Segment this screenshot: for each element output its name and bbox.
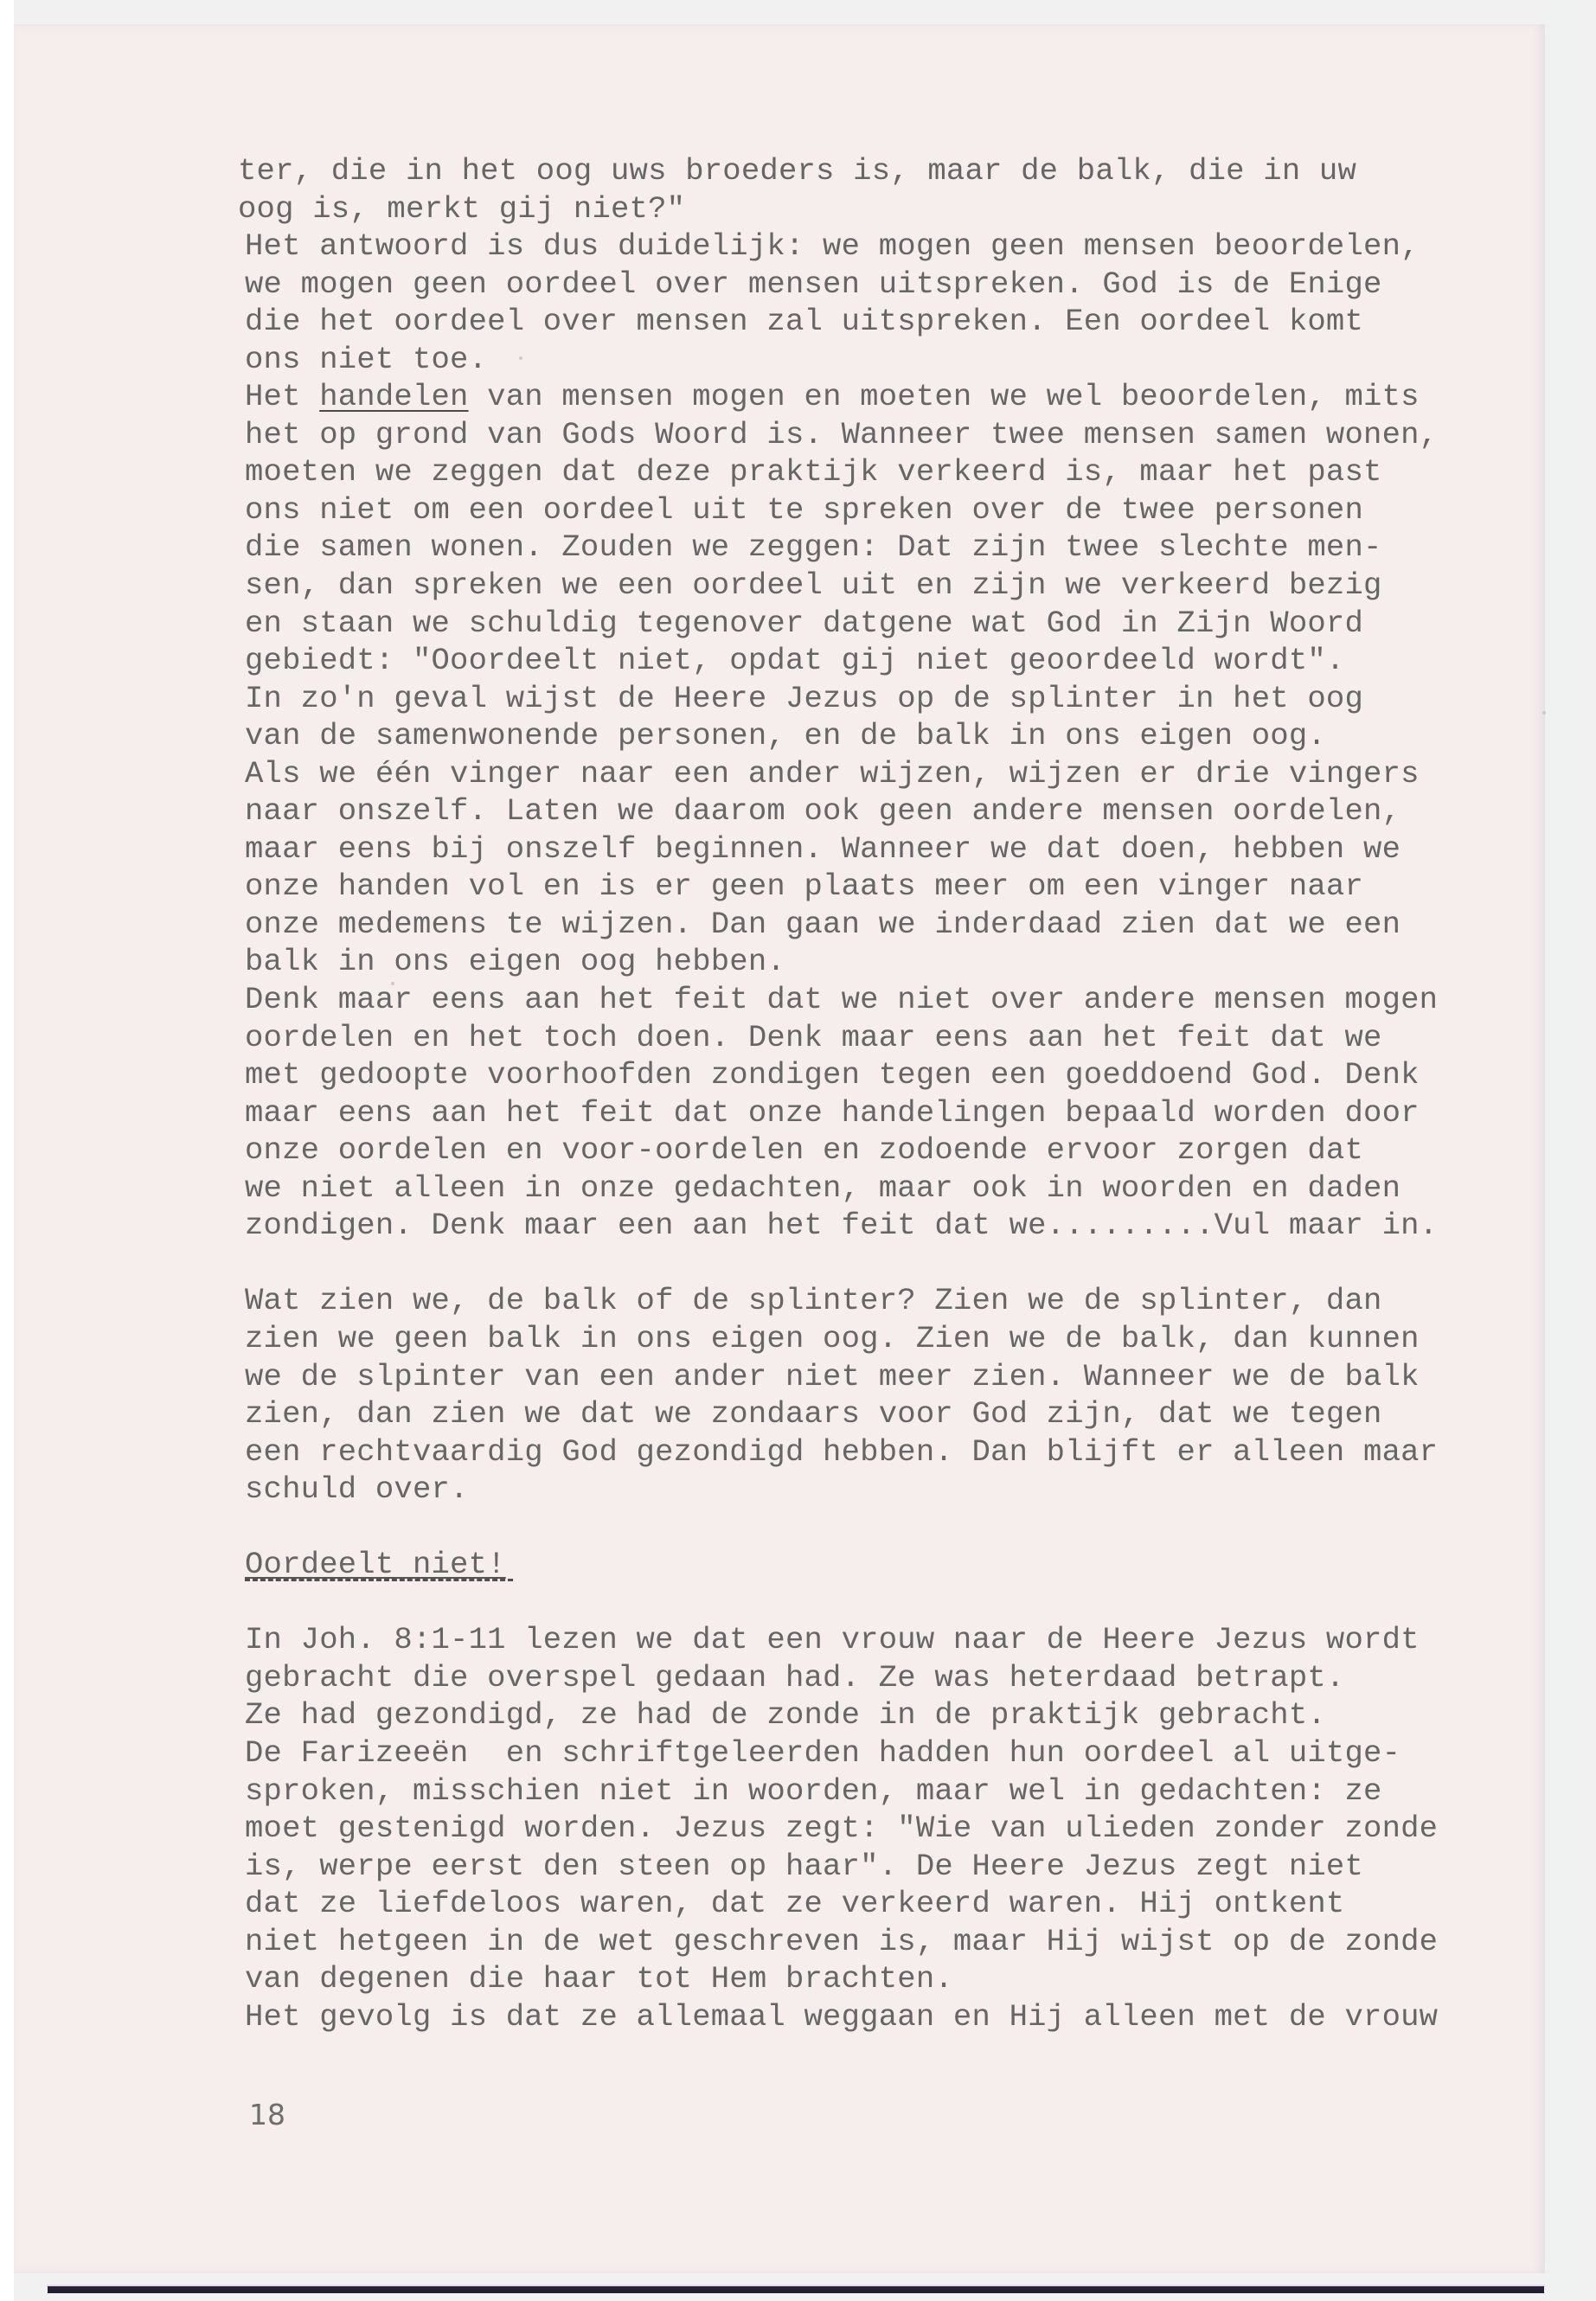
text-line: naar onszelf. Laten we daarom ook geen a… xyxy=(245,792,1508,830)
text-line: Wat zien we, de balk of de splinter? Zie… xyxy=(245,1282,1508,1320)
text-line: onze handen vol en is er geen plaats mee… xyxy=(245,868,1508,906)
text-line: die samen wonen. Zouden we zeggen: Dat z… xyxy=(245,529,1508,567)
text-line: een rechtvaardig God gezondigd hebben. D… xyxy=(245,1433,1508,1471)
text-line: gebiedt: "Ooordeelt niet, opdat gij niet… xyxy=(245,642,1508,680)
text-line: Denk maar eens aan het feit dat we niet … xyxy=(245,981,1508,1019)
body-text: ter, die in het oog uws broeders is, maa… xyxy=(245,152,1508,2035)
text-line: In zo'n geval wijst de Heere Jezus op de… xyxy=(245,680,1508,718)
text-line: is, werpe eerst den steen op haar". De H… xyxy=(245,1848,1508,1886)
text-line: Het gevolg is dat ze allemaal weggaan en… xyxy=(245,1998,1508,2036)
text-line: onze medemens te wijzen. Dan gaan we ind… xyxy=(245,906,1508,944)
text-line: zien, dan zien we dat we zondaars voor G… xyxy=(245,1395,1508,1433)
page-bottom-edge xyxy=(48,2285,1544,2293)
text-line: maar eens bij onszelf beginnen. Wanneer … xyxy=(245,830,1508,868)
text-line: het op grond van Gods Woord is. Wanneer … xyxy=(245,416,1508,454)
text-line: van degenen die haar tot Hem brachten. xyxy=(245,1960,1508,1998)
text-line: oog is, merkt gij niet?" xyxy=(238,190,1508,228)
text-line: schuld over. xyxy=(245,1471,1508,1509)
text-line: ter, die in het oog uws broeders is, maa… xyxy=(238,152,1508,190)
text-line: die het oordeel over mensen zal uitsprek… xyxy=(245,303,1508,341)
text-line: Ze had gezondigd, ze had de zonde in de … xyxy=(245,1696,1508,1734)
text-line: oordelen en het toch doen. Denk maar een… xyxy=(245,1019,1508,1057)
page-number: 18 xyxy=(249,2098,285,2131)
underlined-word: handelen xyxy=(319,379,468,414)
paper-speck xyxy=(519,356,522,360)
text-line: maar eens aan het feit dat onze handelin… xyxy=(245,1094,1508,1132)
text-line: zondigen. Denk maar een aan het feit dat… xyxy=(245,1207,1508,1245)
blank-line xyxy=(245,1509,1508,1547)
text-line: sproken, misschien niet in woorden, maar… xyxy=(245,1772,1508,1811)
text-line: van de samenwonende personen, en de balk… xyxy=(245,717,1508,755)
text-line: moeten we zeggen dat deze praktijk verke… xyxy=(245,453,1508,491)
text-line: niet hetgeen in de wet geschreven is, ma… xyxy=(245,1923,1508,1961)
scan-margin-right xyxy=(1545,0,1580,2301)
text-line: onze oordelen en voor-oordelen en zodoen… xyxy=(245,1131,1508,1170)
text-line: sen, dan spreken we een oordeel uit en z… xyxy=(245,567,1508,605)
heading-dashed-rule xyxy=(245,1584,1508,1622)
text-line: De Farizeeën en schriftgeleerden hadden … xyxy=(245,1734,1508,1772)
text-line: we de slpinter van een ander niet meer z… xyxy=(245,1358,1508,1396)
text-line: ons niet om een oordeel uit te spreken o… xyxy=(245,491,1508,529)
text-line: we niet alleen in onze gedachten, maar o… xyxy=(245,1170,1508,1208)
text-line: gebracht die overspel gedaan had. Ze was… xyxy=(245,1659,1508,1697)
text-line: Als we één vinger naar een ander wijzen,… xyxy=(245,755,1508,793)
blank-line xyxy=(245,1245,1508,1283)
text-line: balk in ons eigen oog hebben. xyxy=(245,943,1508,981)
text-line: Het antwoord is dus duidelijk: we mogen … xyxy=(245,228,1508,266)
text-fragment: Het xyxy=(245,379,319,414)
paper-speck xyxy=(391,982,394,985)
paper-speck xyxy=(1542,711,1546,715)
text-line: ons niet toe. xyxy=(245,341,1508,379)
text-line: In Joh. 8:1-11 lezen we dat een vrouw na… xyxy=(245,1621,1508,1659)
text-line: zien we geen balk in ons eigen oog. Zien… xyxy=(245,1320,1508,1358)
text-line: met gedoopte voorhoofden zondigen tegen … xyxy=(245,1056,1508,1094)
text-line: en staan we schuldig tegenover datgene w… xyxy=(245,605,1508,643)
text-line: we mogen geen oordeel over mensen uitspr… xyxy=(245,266,1508,304)
text-fragment: van mensen mogen en moeten we wel beoord… xyxy=(469,379,1420,414)
text-line: moet gestenigd worden. Jezus zegt: "Wie … xyxy=(245,1810,1508,1848)
text-line: Het handelen van mensen mogen en moeten … xyxy=(245,378,1508,416)
scan-margin-left xyxy=(0,0,14,2301)
text-line: dat ze liefdeloos waren, dat ze verkeerd… xyxy=(245,1885,1508,1923)
